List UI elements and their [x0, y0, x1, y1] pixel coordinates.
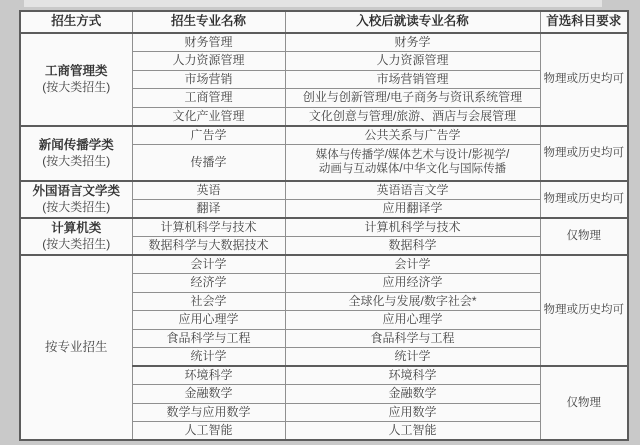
table-row: 计算机类 (按大类招生) 计算机科学与技术 计算机科学与技术 仅物理 — [20, 218, 628, 237]
study-line: 媒体与传播学/媒体艺术与设计/影视学/ — [316, 149, 510, 161]
major-cell: 英语 — [132, 181, 285, 200]
major-cell: 人力资源管理 — [132, 52, 285, 71]
method-title: 按专业招生 — [21, 340, 132, 356]
study-line: 动画与互动媒体/中华文化与国际传播 — [319, 163, 506, 175]
study-major-cell: 统计学 — [285, 348, 540, 367]
major-cell: 环境科学 — [132, 366, 285, 385]
header-enroll-method: 招生方式 — [20, 11, 132, 33]
table-row: 按专业招生 会计学 会计学 物理或历史均可 — [20, 255, 628, 274]
method-title: 外国语言文学类 — [21, 184, 132, 200]
subject-req-cell: 物理或历史均可 — [540, 181, 628, 218]
table-row: 工商管理类 (按大类招生) 财务管理 财务学 物理或历史均可 — [20, 33, 628, 52]
major-cell: 数学与应用数学 — [132, 403, 285, 422]
method-cell-foreign-lang: 外国语言文学类 (按大类招生) — [20, 181, 132, 218]
major-cell: 社会学 — [132, 292, 285, 311]
method-note: (按大类招生) — [21, 200, 132, 215]
table-header-row: 招生方式 招生专业名称 入校后就读专业名称 首选科目要求 — [20, 11, 628, 33]
study-major-cell: 环境科学 — [285, 366, 540, 385]
study-major-cell: 人工智能 — [285, 422, 540, 441]
major-cell: 统计学 — [132, 348, 285, 367]
header-study-major: 入校后就读专业名称 — [285, 11, 540, 33]
major-cell: 广告学 — [132, 126, 285, 145]
study-major-cell: 市场营销管理 — [285, 70, 540, 89]
admissions-table: 招生方式 招生专业名称 入校后就读专业名称 首选科目要求 工商管理类 (按大类招… — [19, 10, 629, 441]
subject-req-cell: 物理或历史均可 — [540, 33, 628, 126]
subject-req-cell: 仅物理 — [540, 218, 628, 255]
subject-req-cell: 物理或历史均可 — [540, 126, 628, 182]
subject-req-cell: 仅物理 — [540, 366, 628, 440]
method-title: 工商管理类 — [21, 64, 132, 80]
major-cell: 翻译 — [132, 200, 285, 219]
major-cell: 食品科学与工程 — [132, 329, 285, 348]
page-top-strip — [24, 0, 602, 7]
study-major-cell: 全球化与发展/数字社会* — [285, 292, 540, 311]
study-major-cell: 英语语言文学 — [285, 181, 540, 200]
table-row: 新闻传播学类 (按大类招生) 广告学 公共关系与广告学 物理或历史均可 — [20, 126, 628, 145]
study-major-cell: 应用翻译学 — [285, 200, 540, 219]
major-cell: 传播学 — [132, 144, 285, 181]
subject-req-cell: 物理或历史均可 — [540, 255, 628, 366]
major-cell: 工商管理 — [132, 89, 285, 108]
major-cell: 应用心理学 — [132, 311, 285, 330]
study-major-cell: 应用数学 — [285, 403, 540, 422]
study-major-cell: 应用经济学 — [285, 274, 540, 293]
major-cell: 文化产业管理 — [132, 107, 285, 126]
study-major-cell: 金融数学 — [285, 385, 540, 404]
study-major-cell: 会计学 — [285, 255, 540, 274]
method-cell-by-major: 按专业招生 — [20, 255, 132, 440]
major-cell: 经济学 — [132, 274, 285, 293]
study-major-cell: 应用心理学 — [285, 311, 540, 330]
method-cell-computer: 计算机类 (按大类招生) — [20, 218, 132, 255]
study-major-cell: 财务学 — [285, 33, 540, 52]
major-cell: 财务管理 — [132, 33, 285, 52]
study-major-cell: 公共关系与广告学 — [285, 126, 540, 145]
method-note: (按大类招生) — [21, 154, 132, 169]
major-cell: 数据科学与大数据技术 — [132, 237, 285, 256]
method-cell-business: 工商管理类 (按大类招生) — [20, 33, 132, 126]
method-note: (按大类招生) — [21, 237, 132, 252]
method-title: 计算机类 — [21, 221, 132, 237]
study-major-cell: 媒体与传播学/媒体艺术与设计/影视学/ 动画与互动媒体/中华文化与国际传播 — [285, 144, 540, 181]
table-row: 外国语言文学类 (按大类招生) 英语 英语语言文学 物理或历史均可 — [20, 181, 628, 200]
major-cell: 市场营销 — [132, 70, 285, 89]
study-major-cell: 文化创意与管理/旅游、酒店与会展管理 — [285, 107, 540, 126]
header-subject-req: 首选科目要求 — [540, 11, 628, 33]
major-cell: 金融数学 — [132, 385, 285, 404]
method-title: 新闻传播学类 — [21, 138, 132, 154]
major-cell: 会计学 — [132, 255, 285, 274]
study-major-cell: 创业与创新管理/电子商务与资讯系统管理 — [285, 89, 540, 108]
study-major-cell: 食品科学与工程 — [285, 329, 540, 348]
major-cell: 计算机科学与技术 — [132, 218, 285, 237]
study-major-cell: 计算机科学与技术 — [285, 218, 540, 237]
method-note: (按大类招生) — [21, 80, 132, 95]
major-cell: 人工智能 — [132, 422, 285, 441]
method-cell-journalism: 新闻传播学类 (按大类招生) — [20, 126, 132, 182]
study-major-cell: 数据科学 — [285, 237, 540, 256]
study-major-cell: 人力资源管理 — [285, 52, 540, 71]
header-enroll-major: 招生专业名称 — [132, 11, 285, 33]
